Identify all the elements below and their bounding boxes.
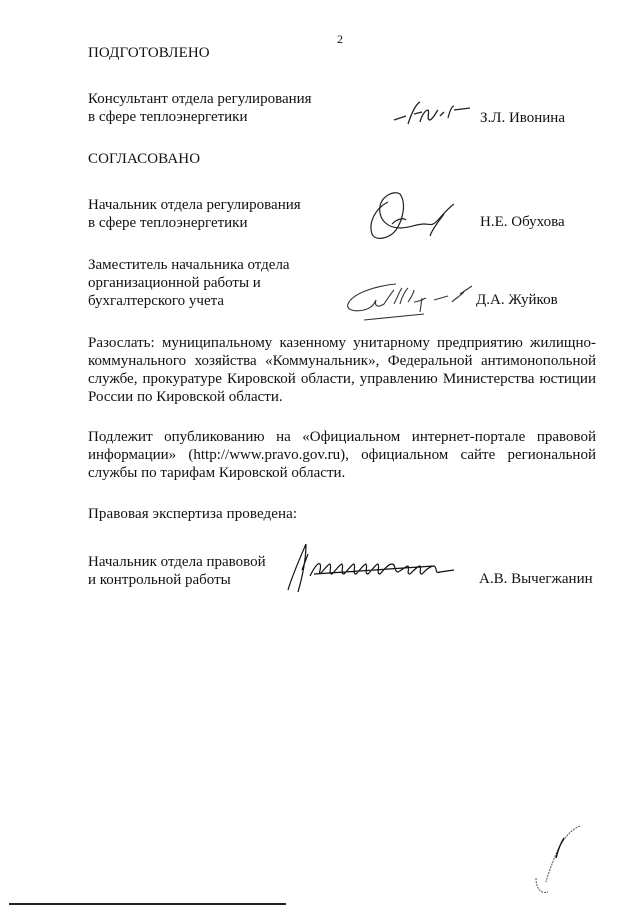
signature-vychegzhanin [284, 540, 474, 596]
legal-review-statement: Правовая экспертиза проведена: [88, 505, 297, 523]
distribution-paragraph: Разослать: муниципальному казенному унит… [88, 334, 596, 406]
signature-zhuikov [344, 278, 484, 328]
signer-name-zhuikov: Д.А. Жуйков [476, 291, 558, 309]
signer-role-obukhova: Начальник отдела регулирования в сфере т… [88, 196, 301, 232]
signature-obukhova [366, 190, 466, 246]
signature-ivonina [392, 98, 472, 128]
publication-paragraph: Подлежит опубликованию на «Официальном и… [88, 428, 596, 482]
handwritten-initial-mark [530, 820, 590, 900]
signer-role-zhuikov: Заместитель начальника отдела организаци… [88, 256, 290, 310]
page-number: 2 [337, 30, 343, 48]
legal-review-role: Начальник отдела правовой и контрольной … [88, 553, 266, 589]
signer-name-obukhova: Н.Е. Обухова [480, 213, 565, 231]
legal-review-name: А.В. Вычегжанин [479, 570, 593, 588]
prepared-heading: ПОДГОТОВЛЕНО [88, 44, 210, 62]
agreed-heading: СОГЛАСОВАНО [88, 150, 200, 168]
prepared-role: Консультант отдела регулирования в сфере… [88, 90, 312, 126]
prepared-name: З.Л. Ивонина [480, 109, 565, 127]
